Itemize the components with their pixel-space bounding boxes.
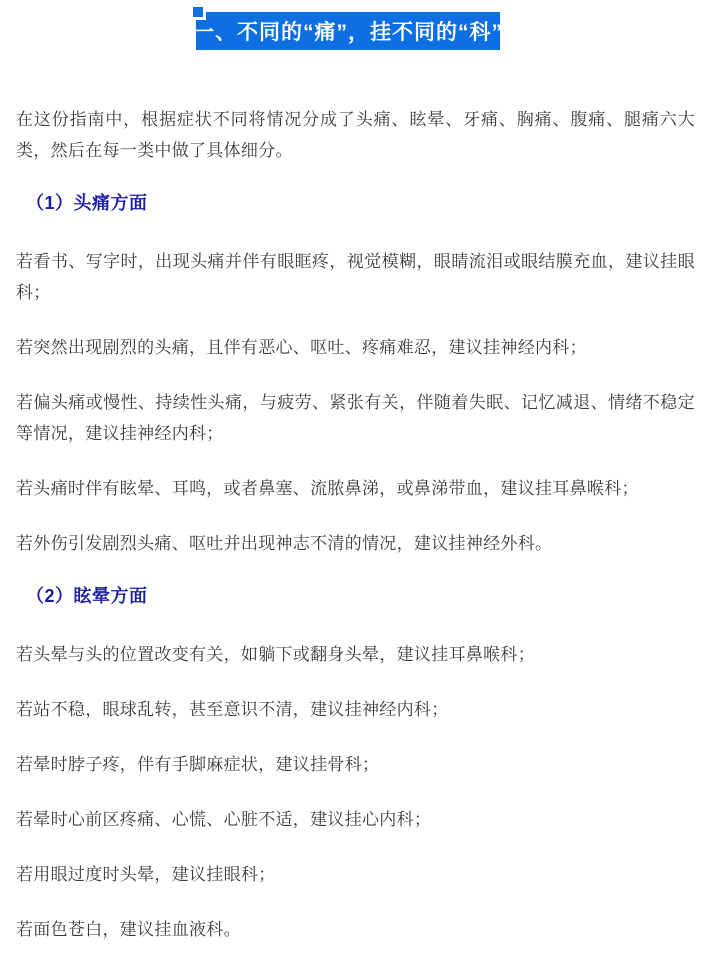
banner-title: 一、不同的“痛”，挂不同的“科” <box>193 16 503 46</box>
article-page: 一、不同的“痛”，挂不同的“科” 在这份指南中，根据症状不同将情况分成了头痛、眩… <box>0 0 713 954</box>
section-heading-headache: （1）头痛方面 <box>16 190 695 216</box>
section-heading-dizziness: （2）眩晕方面 <box>16 583 695 609</box>
dizziness-item-5: 若用眼过度时头晕，建议挂眼科； <box>16 859 695 890</box>
section-banner: 一、不同的“痛”，挂不同的“科” <box>196 12 500 50</box>
dizziness-item-2: 若站不稳，眼球乱转，甚至意识不清，建议挂神经内科； <box>16 694 695 725</box>
dizziness-item-1: 若头晕与头的位置改变有关，如躺下或翻身头晕，建议挂耳鼻喉科； <box>16 639 695 670</box>
intro-paragraph: 在这份指南中，根据症状不同将情况分成了头痛、眩晕、牙痛、胸痛、腹痛、腿痛六大类，… <box>16 104 695 166</box>
banner-corner-decoration <box>193 7 206 20</box>
dizziness-item-6: 若面色苍白，建议挂血液科。 <box>16 914 695 945</box>
headache-item-1: 若看书、写字时，出现头痛并伴有眼眶疼，视觉模糊，眼睛流泪或眼结膜充血，建议挂眼科… <box>16 246 695 308</box>
headache-item-5: 若外伤引发剧烈头痛、呕吐并出现神志不清的情况，建议挂神经外科。 <box>16 528 695 559</box>
article-content: 在这份指南中，根据症状不同将情况分成了头痛、眩晕、牙痛、胸痛、腹痛、腿痛六大类，… <box>0 104 713 945</box>
dizziness-item-4: 若晕时心前区疼痛、心慌、心脏不适，建议挂心内科； <box>16 804 695 835</box>
headache-item-2: 若突然出现剧烈的头痛，且伴有恶心、呕吐、疼痛难忍，建议挂神经内科； <box>16 332 695 363</box>
headache-item-3: 若偏头痛或慢性、持续性头痛，与疲劳、紧张有关，伴随着失眠、记忆减退、情绪不稳定等… <box>16 387 695 449</box>
headache-item-4: 若头痛时伴有眩晕、耳鸣，或者鼻塞、流脓鼻涕，或鼻涕带血，建议挂耳鼻喉科； <box>16 473 695 504</box>
dizziness-item-3: 若晕时脖子疼，伴有手脚麻症状，建议挂骨科； <box>16 749 695 780</box>
